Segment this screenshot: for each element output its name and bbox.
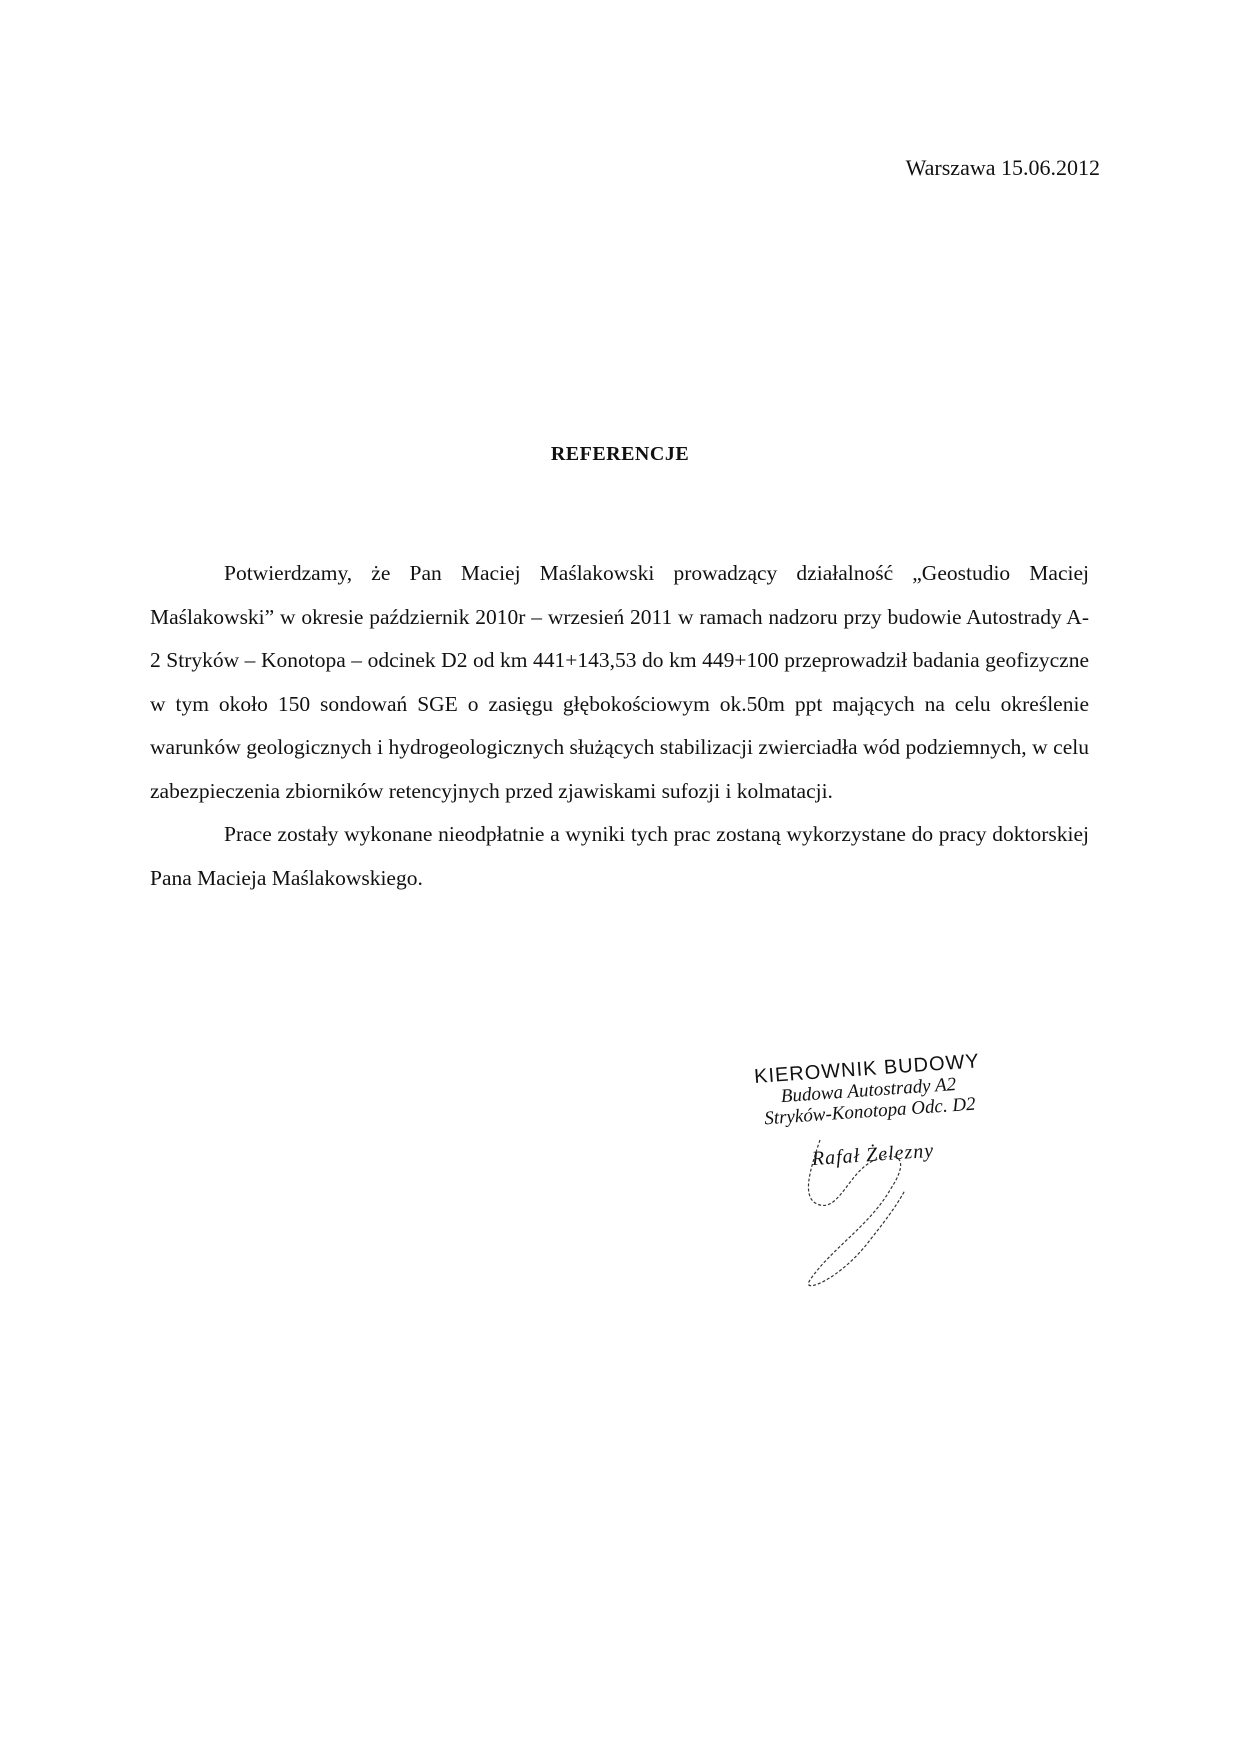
document-body: Potwierdzamy, że Pan Maciej Maślakowski … — [150, 552, 1089, 900]
handwritten-signature-icon — [780, 1130, 960, 1290]
place-date: Warszawa 15.06.2012 — [906, 155, 1100, 181]
document-title: REFERENCJE — [0, 443, 1240, 466]
paragraph: Prace zostały wykonane nieodpłatnie a wy… — [150, 813, 1089, 900]
paragraph: Potwierdzamy, że Pan Maciej Maślakowski … — [150, 552, 1089, 813]
